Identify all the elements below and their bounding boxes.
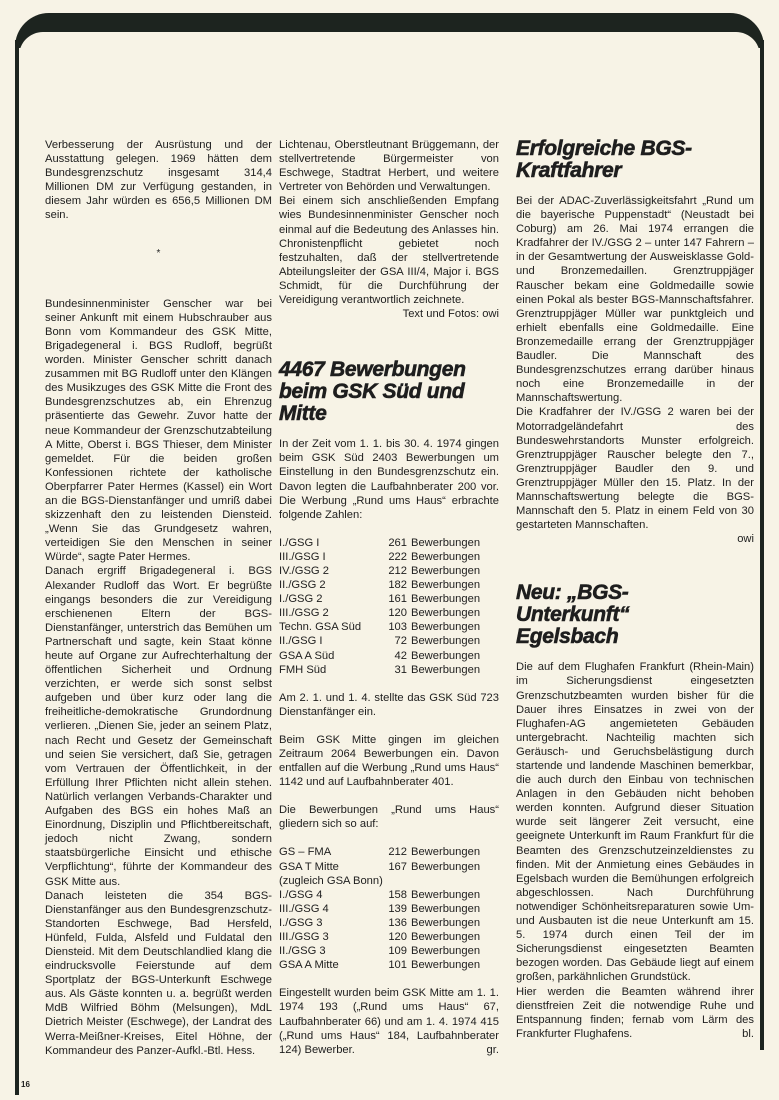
paragraph-sued-hired: Am 2. 1. und 1. 4. stellte das GSK Süd 7… [279,691,499,719]
page-number: 16 [21,1080,30,1089]
count-unit-label: Bewerbungen [407,860,499,874]
paragraph-munster-rally: Die Kradfahrer der IV./GSG 2 waren bei d… [516,405,754,532]
unit-name: FMH Süd [279,663,379,677]
table-row: II./GSG 2182Bewerbungen [279,578,499,592]
application-count: 31 [379,663,407,677]
paragraph-sued-intro: In der Zeit vom 1. 1. bis 30. 4. 1974 gi… [279,437,499,522]
unit-name: III./GSG 2 [279,606,379,620]
article-signature: owi [516,532,754,546]
application-count: 136 [379,916,407,930]
application-count: 261 [379,536,407,550]
section-separator: * [45,247,272,261]
unit-name: GSA A Mitte [279,958,379,972]
application-count: 139 [379,902,407,916]
count-unit-label: Bewerbungen [407,578,499,592]
table-row: III./GSG I222Bewerbungen [279,550,499,564]
application-count: 72 [379,634,407,648]
unit-name: III./GSG I [279,550,379,564]
paragraph-genscher-arrival: Bundesinnenminister Genscher war bei sei… [45,297,272,565]
paragraph-guests-continued: Lichtenau, Oberstleutnant Brüggemann, de… [279,138,499,194]
headline-bewerbungen: 4467 Bewerbungen beim GSK Süd und Mitte [279,359,499,425]
table-row: I./GSG 4158Bewerbungen [279,888,499,902]
count-unit-label: Bewerbungen [407,916,499,930]
unit-name: IV./GSG 2 [279,564,379,578]
paragraph-rudloff-speech: Danach ergriff Brigadegeneral i. BGS Ale… [45,564,272,888]
count-unit-label: Bewerbungen [407,592,499,606]
table-row: III./GSG 3120Bewerbungen [279,930,499,944]
unit-name: II./GSG 2 [279,578,379,592]
table-row-note: (zugleich GSA Bonn) [279,874,499,888]
page-frame-left-rule [15,40,19,1095]
application-count: 120 [379,606,407,620]
count-unit-label: Bewerbungen [407,944,499,958]
photo-credit: Text und Fotos: owi [279,307,499,321]
count-unit-label: Bewerbungen [407,930,499,944]
application-count: 101 [379,958,407,972]
application-count: 167 [379,860,407,874]
count-unit-label: Bewerbungen [407,845,499,859]
unit-name: I./GSG 4 [279,888,379,902]
paragraph-mitte-breakdown-intro: Die Bewerbungen „Rund ums Haus“ gliedern… [279,803,499,831]
count-unit-label: Bewerbungen [407,649,499,663]
table-row: IV./GSG 2212Bewerbungen [279,564,499,578]
count-unit-label: Bewerbungen [407,606,499,620]
count-unit-label: Bewerbungen [407,888,499,902]
application-count: 212 [379,564,407,578]
table-sued-applications: I./GSG I261BewerbungenIII./GSG I222Bewer… [279,536,499,677]
count-unit-label: Bewerbungen [407,550,499,564]
application-count: 42 [379,649,407,663]
paragraph-intro: Verbesserung der Ausrüstung und der Auss… [45,138,272,223]
table-row: GSA A Süd42Bewerbungen [279,649,499,663]
application-count: 212 [379,845,407,859]
table-row: III./GSG 2120Bewerbungen [279,606,499,620]
unit-name: I./GSG 3 [279,916,379,930]
count-unit-label: Bewerbungen [407,536,499,550]
page-frame-right-rule [760,40,764,1050]
unit-name: GSA T Mitte [279,860,379,874]
column-3: Erfolgreiche BGS-Kraftfahrer Bei der ADA… [516,138,754,1041]
table-row: GSA A Mitte101Bewerbungen [279,958,499,972]
table-row: I./GSG 2161Bewerbungen [279,592,499,606]
application-count: 222 [379,550,407,564]
count-unit-label: Bewerbungen [407,902,499,916]
application-count: 182 [379,578,407,592]
paragraph-mitte-intro: Beim GSK Mitte gingen im gleichen Zeitra… [279,733,499,789]
column-1: Verbesserung der Ausrüstung und der Auss… [45,138,272,1058]
application-count: 158 [379,888,407,902]
unit-name: I./GSG I [279,536,379,550]
table-row: FMH Süd31Bewerbungen [279,663,499,677]
unit-name: I./GSG 2 [279,592,379,606]
unit-name: III./GSG 3 [279,930,379,944]
application-count: 103 [379,620,407,634]
table-row: II./GSG I72Bewerbungen [279,634,499,648]
table-row: I./GSG 3136Bewerbungen [279,916,499,930]
table-row: GS – FMA212Bewerbungen [279,845,499,859]
paragraph-egelsbach-main: Die auf dem Flughafen Frankfurt (Rhein-M… [516,660,754,984]
table-mitte-applications: GS – FMA212BewerbungenGSA T Mitte167Bewe… [279,845,499,972]
application-count: 161 [379,592,407,606]
headline-egelsbach: Neu: „BGS-Unterkunft“ Egelsbach [516,582,716,648]
unit-name: GS – FMA [279,845,379,859]
table-row: GSA T Mitte167Bewerbungen [279,860,499,874]
paragraph-oath: Danach leisteten die 354 BGS-Dienstanfän… [45,889,272,1058]
count-unit-label: Bewerbungen [407,634,499,648]
paragraph-reception: Bei einem sich anschließenden Empfang wi… [279,194,499,307]
page-frame-inner [19,32,760,72]
unit-name: GSA A Süd [279,649,379,663]
table-row: II./GSG 3109Bewerbungen [279,944,499,958]
count-unit-label: Bewerbungen [407,620,499,634]
unit-name: II./GSG 3 [279,944,379,958]
paragraph-adac-rally: Bei der ADAC-Zuverlässigkeitsfahrt „Rund… [516,194,754,405]
table-row: Techn. GSA Süd103Bewerbungen [279,620,499,634]
count-unit-label: Bewerbungen [407,958,499,972]
unit-name: II./GSG I [279,634,379,648]
table-row: III./GSG 4139Bewerbungen [279,902,499,916]
unit-name: Techn. GSA Süd [279,620,379,634]
table-row: I./GSG I261Bewerbungen [279,536,499,550]
count-unit-label: Bewerbungen [407,663,499,677]
count-unit-label: Bewerbungen [407,564,499,578]
headline-kraftfahrer: Erfolgreiche BGS-Kraftfahrer [516,138,706,182]
unit-note: (zugleich GSA Bonn) [279,874,499,888]
unit-name: III./GSG 4 [279,902,379,916]
application-count: 109 [379,944,407,958]
column-2: Lichtenau, Oberstleutnant Brüggemann, de… [279,138,499,1057]
application-count: 120 [379,930,407,944]
